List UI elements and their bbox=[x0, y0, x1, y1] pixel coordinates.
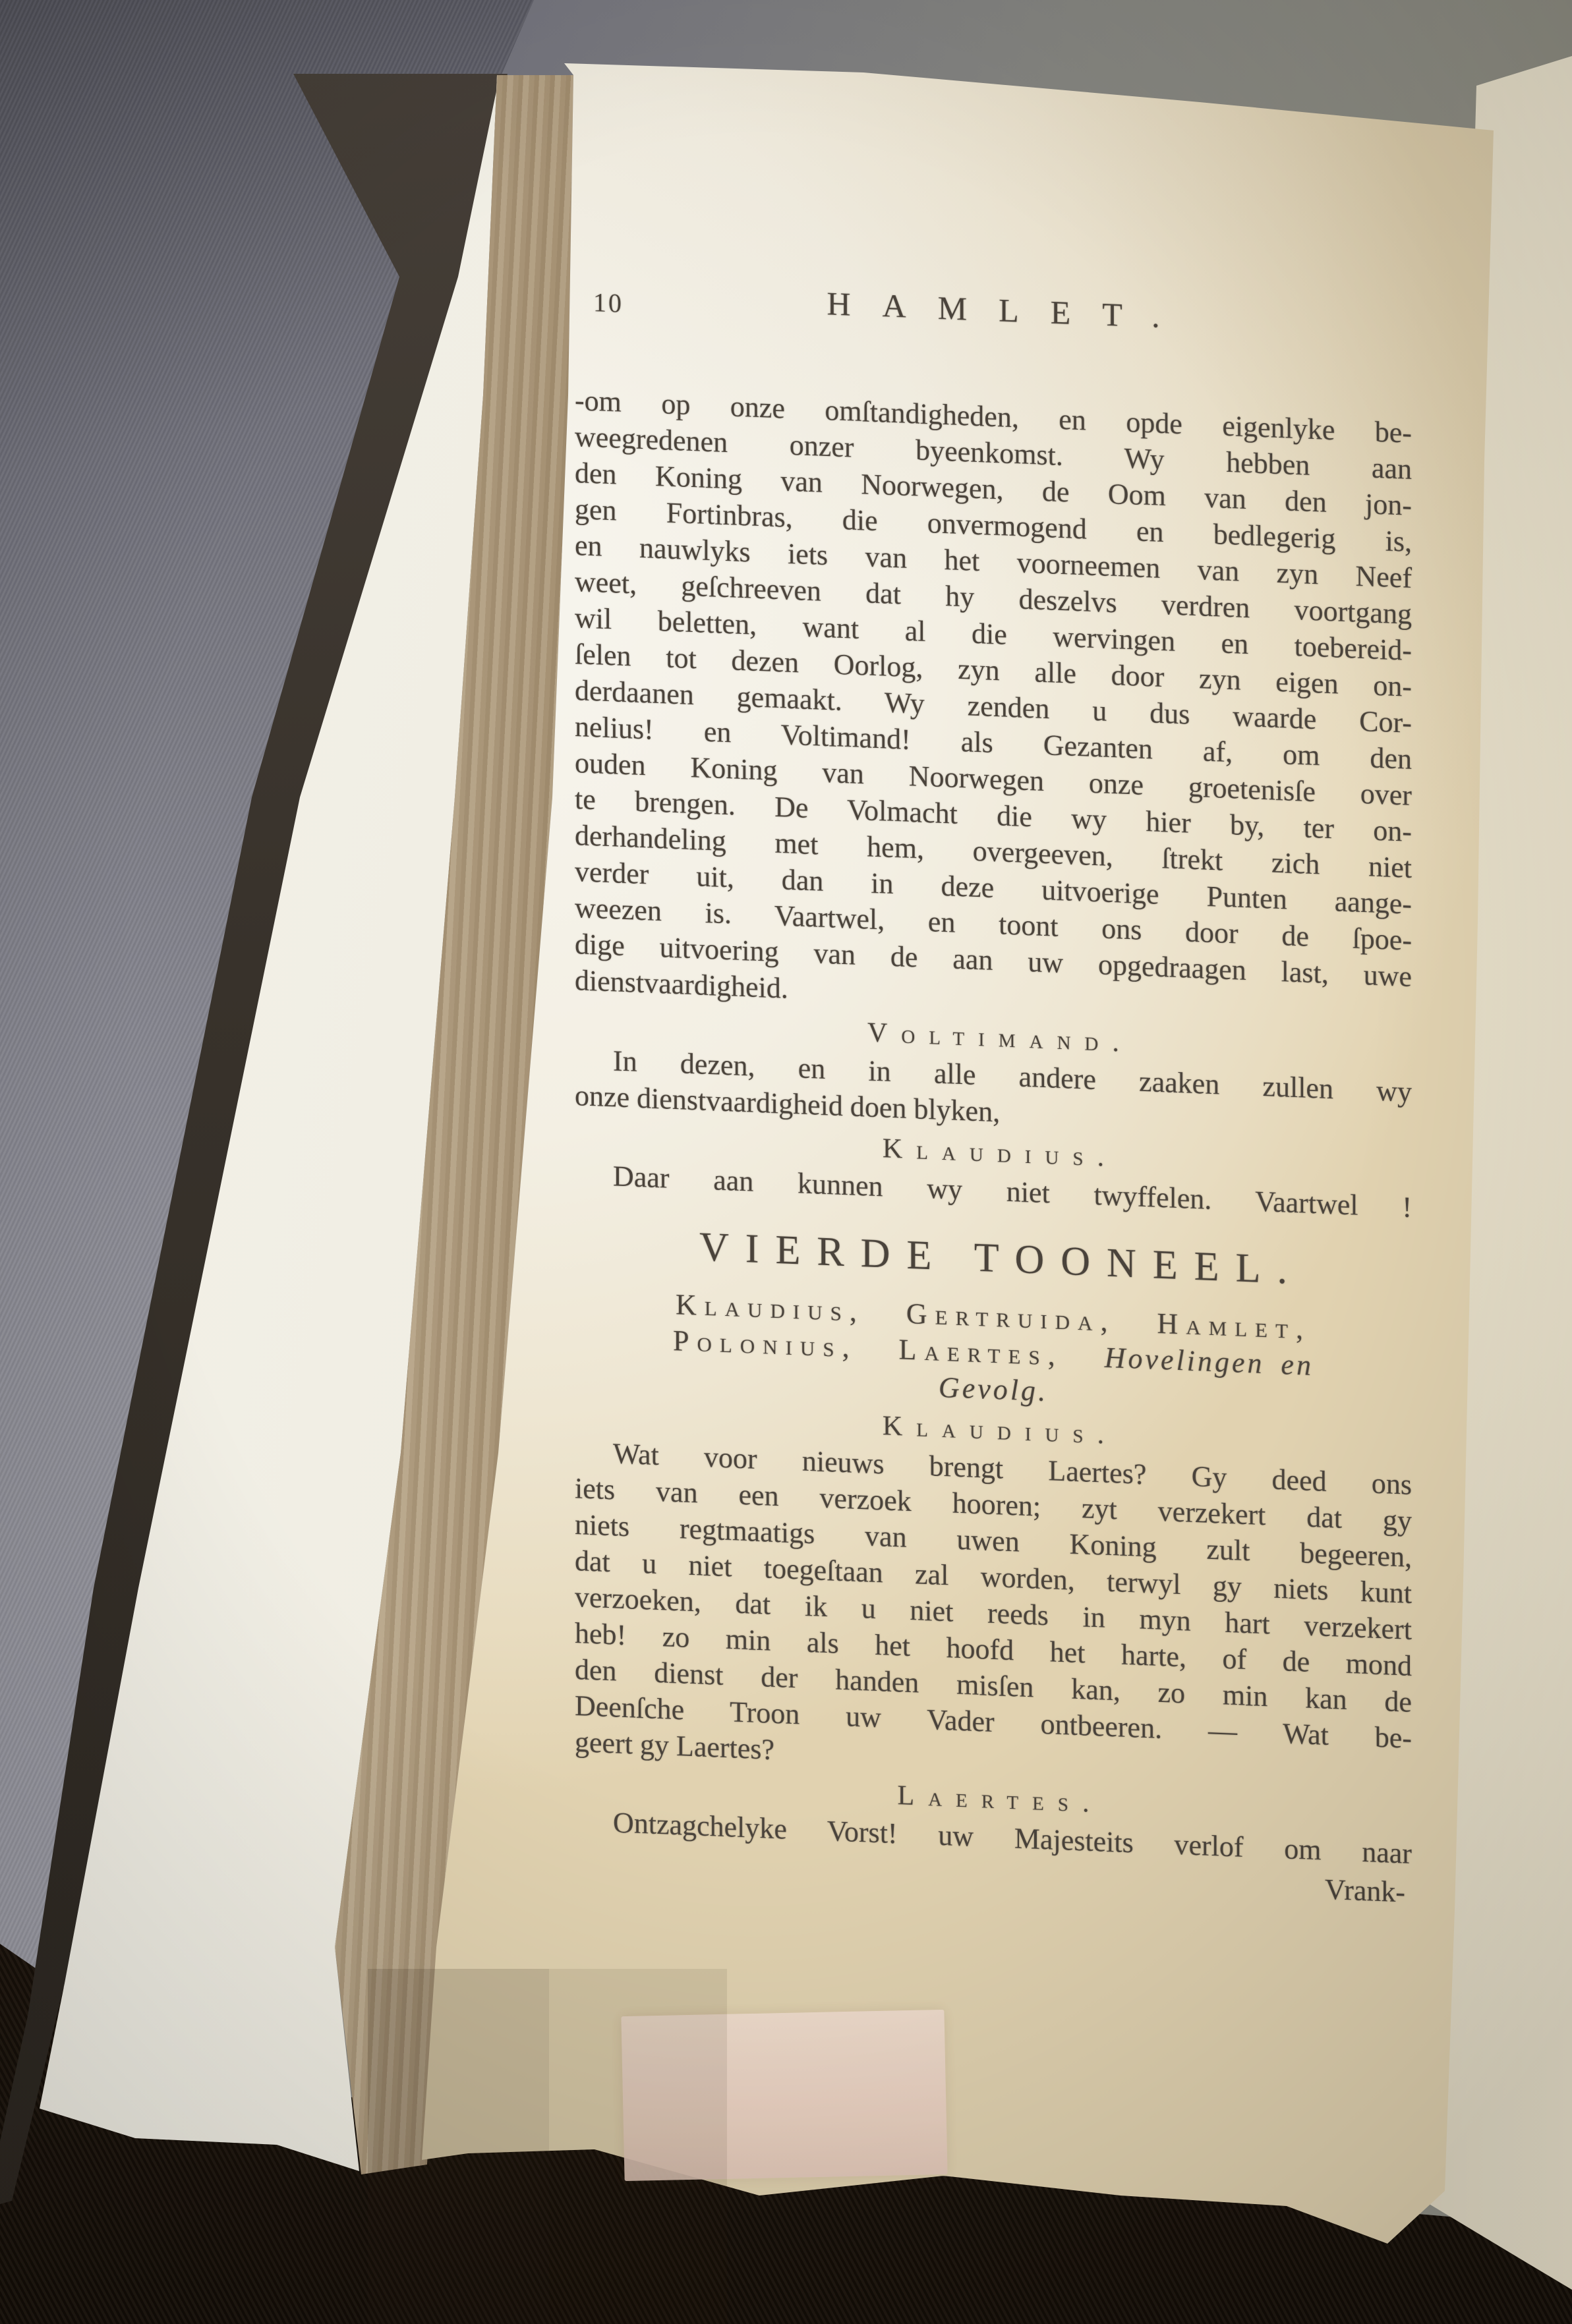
book-photo: 10 HAMLET. -om op onze omſtandigheden, e… bbox=[0, 0, 1572, 2324]
photo-vignette bbox=[0, 0, 1572, 2324]
